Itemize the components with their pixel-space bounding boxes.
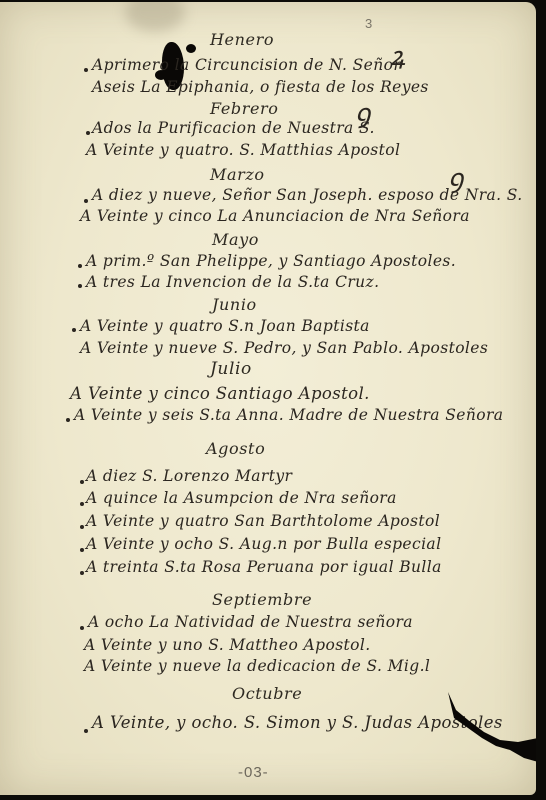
month-heading: Agosto	[206, 439, 265, 458]
month-heading: Septiembre	[212, 590, 312, 609]
calendar-entry: A Veinte y ocho S. Aug.n por Bulla espec…	[86, 535, 441, 553]
manuscript-page: 3 Henero Aprimero la Circuncision de N. …	[0, 2, 536, 795]
calendar-entry: A Veinte y quatro. S. Matthias Apostol	[86, 141, 400, 159]
calendar-entry: A quince la Asumpcion de Nra señora	[86, 489, 397, 507]
water-stain	[125, 2, 185, 32]
bullet-dot	[80, 548, 84, 552]
calendar-entry: Ados la Purificacion de Nuestra S.	[92, 119, 375, 137]
calendar-entry: A ocho La Natividad de Nuestra señora	[88, 613, 413, 631]
month-heading: Mayo	[212, 230, 259, 249]
bullet-dot	[78, 264, 82, 268]
bullet-dot	[66, 418, 70, 422]
calendar-entry: A prim.º San Phelippe, y Santiago Aposto…	[86, 252, 456, 270]
bullet-dot	[80, 502, 84, 506]
calendar-entry: Aprimero la Circuncision de N. Señor	[92, 56, 401, 74]
calendar-entry: A treinta S.ta Rosa Peruana por igual Bu…	[86, 558, 442, 576]
calendar-entry: A diez S. Lorenzo Martyr	[86, 467, 292, 485]
page-number: -03-	[238, 764, 269, 781]
calendar-entry: A Veinte y cinco Santiago Apostol.	[70, 384, 370, 403]
bullet-dot	[78, 284, 82, 288]
month-heading: Julio	[210, 359, 252, 379]
bullet-dot	[84, 729, 88, 733]
calendar-entry: A Veinte y uno S. Mattheo Apostol.	[84, 636, 371, 654]
bullet-dot	[80, 480, 84, 484]
bullet-dot	[80, 525, 84, 529]
month-heading: Marzo	[210, 165, 265, 184]
calendar-entry: A Veinte y quatro S.n Joan Baptista	[80, 317, 370, 335]
month-heading: Henero	[210, 30, 274, 49]
bullet-dot	[84, 199, 88, 203]
flourish-mark: ꝯ	[448, 159, 463, 195]
bullet-dot	[80, 571, 84, 575]
torn-corner	[438, 692, 536, 762]
calendar-entry: Aseis La Epiphania, o fiesta de los Reye…	[92, 78, 429, 96]
calendar-entry: A Veinte y nueve la dedicacion de S. Mig…	[84, 657, 430, 675]
calendar-entry: A Veinte y quatro San Barthtolome Aposto…	[86, 512, 440, 530]
flourish-mark: ꝝ	[390, 37, 405, 73]
calendar-entry: A Veinte y cinco La Anunciacion de Nra S…	[80, 207, 470, 225]
flourish-mark: ꝯ	[355, 94, 370, 130]
bullet-dot	[80, 626, 84, 630]
folio-mark: 3	[365, 16, 372, 31]
calendar-entry: A Veinte y seis S.ta Anna. Madre de Nues…	[74, 406, 503, 424]
bullet-dot	[72, 328, 76, 332]
ink-blot	[186, 44, 196, 53]
month-heading: Febrero	[210, 99, 279, 118]
month-heading: Junio	[212, 295, 257, 314]
bullet-dot	[86, 131, 90, 135]
month-heading: Octubre	[232, 684, 302, 703]
calendar-entry: A tres La Invencion de la S.ta Cruz.	[86, 273, 379, 291]
calendar-entry: A Veinte y nueve S. Pedro, y San Pablo. …	[80, 339, 488, 357]
bullet-dot	[84, 68, 88, 72]
